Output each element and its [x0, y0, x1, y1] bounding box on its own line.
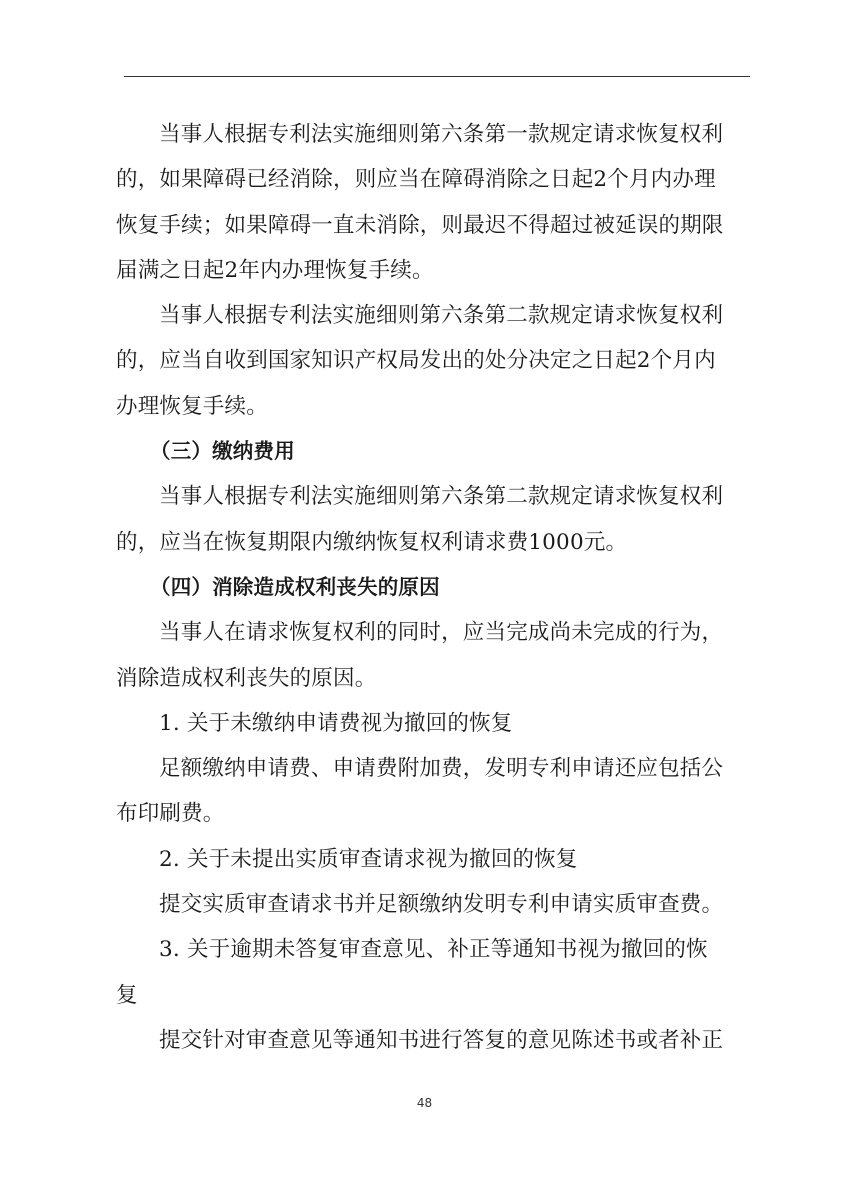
header-rule	[124, 76, 750, 77]
document-body: 当事人根据专利法实施细则第六条第一款规定请求恢复权利 的，如果障碍已经消除，则应…	[116, 112, 758, 1063]
paragraph-line: 的，如果障碍已经消除，则应当在障碍消除之日起2个月内办理	[116, 157, 758, 202]
list-item-heading: 3. 关于逾期未答复审查意见、补正等通知书视为撤回的恢	[116, 927, 758, 972]
section-heading-fees: （三）缴纳费用	[116, 429, 758, 474]
paragraph-line: 当事人在请求恢复权利的同时，应当完成尚未完成的行为，	[116, 610, 758, 655]
paragraph-line: 提交实质审查请求书并足额缴纳发明专利申请实质审查费。	[116, 882, 758, 927]
paragraph-line: 的，应当自收到国家知识产权局发出的处分决定之日起2个月内	[116, 338, 758, 383]
paragraph-line: 布印刷费。	[116, 791, 758, 836]
paragraph-line: 恢复手续；如果障碍一直未消除，则最迟不得超过被延误的期限	[116, 203, 758, 248]
paragraph-line: 当事人根据专利法实施细则第六条第二款规定请求恢复权利	[116, 293, 758, 338]
paragraph-line: 提交针对审查意见等通知书进行答复的意见陈述书或者补正	[116, 1018, 758, 1063]
paragraph-line: 消除造成权利丧失的原因。	[116, 656, 758, 701]
paragraph-line: 当事人根据专利法实施细则第六条第一款规定请求恢复权利	[116, 112, 758, 157]
paragraph-line: 届满之日起2年内办理恢复手续。	[116, 248, 758, 293]
paragraph-line: 办理恢复手续。	[116, 384, 758, 429]
page-number: 48	[0, 1096, 849, 1110]
list-item-heading-cont: 复	[116, 973, 758, 1018]
paragraph-line: 足额缴纳申请费、申请费附加费，发明专利申请还应包括公	[116, 746, 758, 791]
paragraph-line: 的，应当在恢复期限内缴纳恢复权利请求费1000元。	[116, 520, 758, 565]
paragraph-line: 当事人根据专利法实施细则第六条第二款规定请求恢复权利	[116, 474, 758, 519]
section-heading-eliminate-cause: （四）消除造成权利丧失的原因	[116, 565, 758, 610]
list-item-heading: 2. 关于未提出实质审查请求视为撤回的恢复	[116, 837, 758, 882]
list-item-heading: 1. 关于未缴纳申请费视为撤回的恢复	[116, 701, 758, 746]
